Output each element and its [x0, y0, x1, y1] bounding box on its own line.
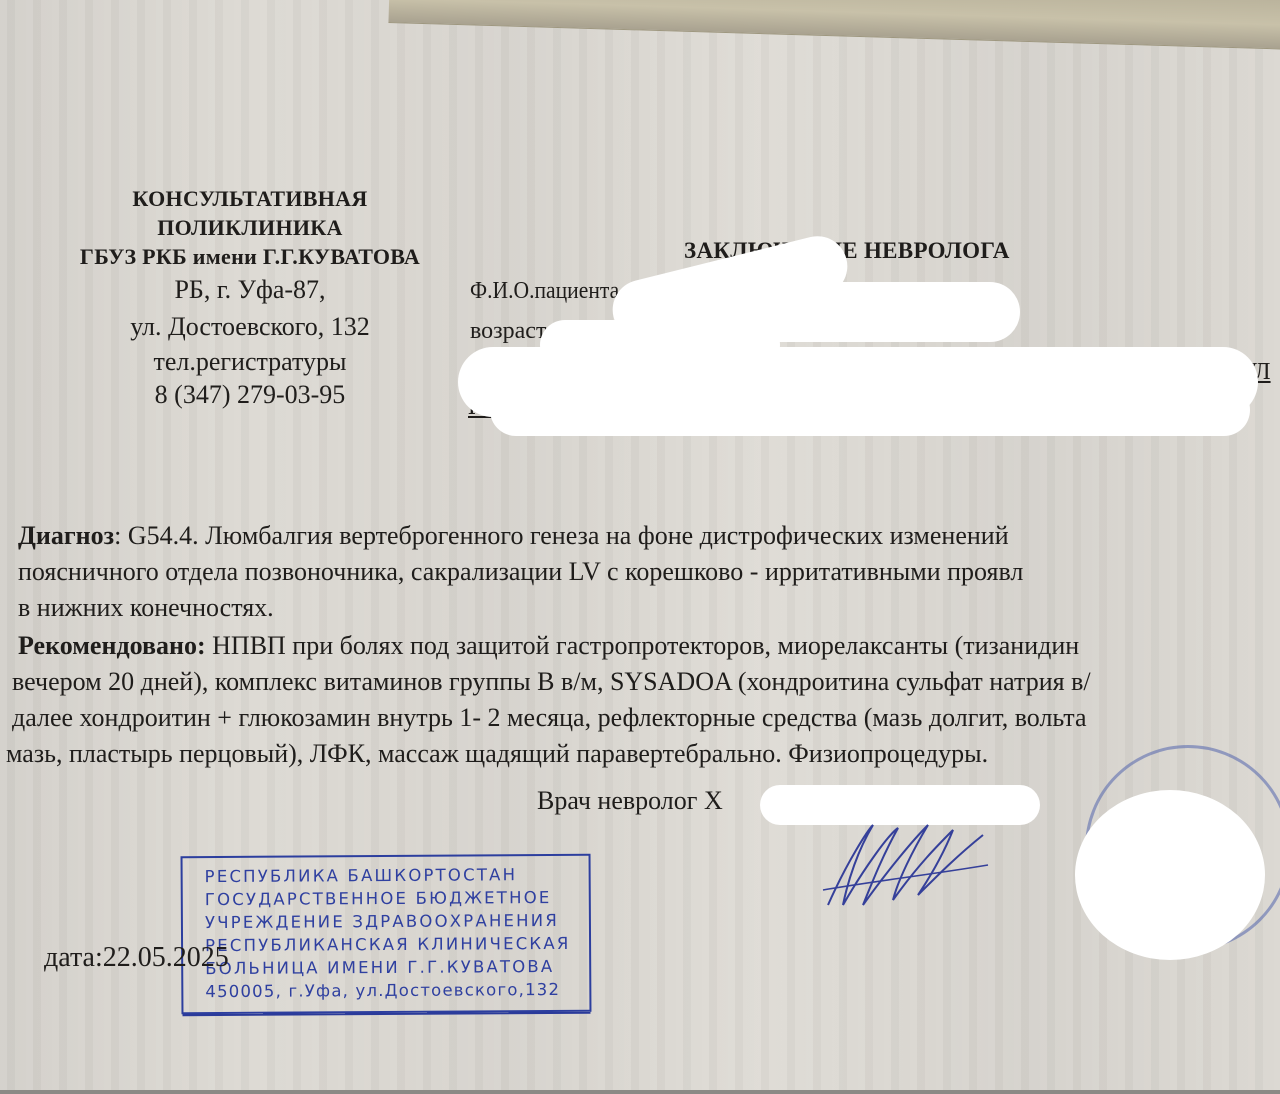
stamp-line-1: РЕСПУБЛИКА БАШКОРТОСТАН	[205, 863, 589, 888]
hospital-address2: ул. Достоевского, 132	[20, 308, 480, 345]
document-date: дата:22.05.2025	[44, 942, 229, 974]
stamp-line-2: ГОСУДАРСТВЕННОЕ БЮДЖЕТНОЕ	[205, 886, 589, 911]
recommendation-line-2: вечером 20 дней), комплекс витаминов гру…	[12, 664, 1280, 700]
redaction-patient-details-2	[490, 384, 1250, 436]
doctor-label: Врач невролог	[537, 786, 697, 815]
hospital-phone-label: тел.регистратуры	[20, 345, 480, 378]
hospital-line2: ПОЛИКЛИНИКА	[20, 213, 480, 242]
redaction-doctor-name	[760, 785, 1040, 825]
hospital-line3: ГБУЗ РКБ имени Г.Г.КУВАТОВА	[20, 242, 480, 271]
recommendation-line-3: далее хондроитин + глюкозамин внутрь 1- …	[12, 700, 1280, 736]
surface-strip	[0, 1090, 1280, 1094]
recommendation-line-4: мазь, пластырь перцовый), ЛФК, массаж ща…	[6, 736, 1280, 772]
hospital-phone: 8 (347) 279-03-95	[20, 378, 480, 411]
institution-stamp: РЕСПУБЛИКА БАШКОРТОСТАН ГОСУДАРСТВЕННОЕ …	[181, 854, 592, 1015]
diagnosis-line-3: в нижних конечностях.	[12, 590, 1280, 626]
diagnosis-line-1: Диагноз: G54.4. Люмбалгия вертеброгенног…	[12, 518, 1280, 554]
stamp-line-5: БОЛЬНИЦА ИМЕНИ Г.Г.КУВАТОВА	[205, 955, 589, 980]
body-text: Диагноз: G54.4. Люмбалгия вертеброгенног…	[12, 518, 1280, 772]
stamp-line-6: 450005, г.Уфа, ул.Достоевского,132	[205, 978, 589, 1003]
redaction-round-seal	[1075, 790, 1265, 960]
recommendation-line-1: Рекомендовано: НПВП при болях под защито…	[12, 628, 1280, 664]
hospital-address1: РБ, г. Уфа-87,	[20, 271, 480, 308]
hospital-header: КОНСУЛЬТАТИВНАЯ ПОЛИКЛИНИКА ГБУЗ РКБ име…	[20, 184, 480, 411]
stamp-line-4: РЕСПУБЛИКАНСКАЯ КЛИНИЧЕСКАЯ	[205, 932, 589, 957]
stamp-line-3: УЧРЕЖДЕНИЕ ЗДРАВООХРАНЕНИЯ	[205, 909, 589, 934]
doctor-name-initial: Х	[704, 786, 723, 815]
recommendation-label: Рекомендовано:	[18, 631, 206, 660]
doctor-signature-line: Врач невролог Х	[537, 786, 723, 816]
diagnosis-label: Диагноз	[18, 521, 114, 550]
diagnosis-line-2: поясничного отдела позвоночника, сакрали…	[12, 554, 1280, 590]
signature-scribble	[818, 820, 1008, 910]
hospital-line1: КОНСУЛЬТАТИВНАЯ	[20, 184, 480, 213]
patient-name-label: Ф.И.О.пациента	[470, 278, 619, 305]
